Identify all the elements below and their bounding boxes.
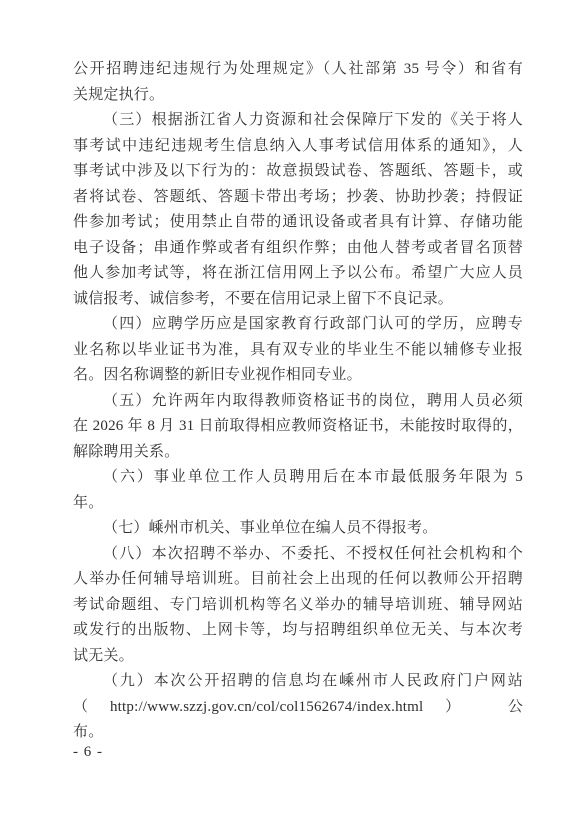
text-line: （七）嵊州市机关、事业单位在编人员不得报考。 [73, 516, 523, 542]
text-line: 电子设备；串通作弊或者有组织作弊；由他人替考或者冒名顶替 [73, 236, 523, 262]
text-line: 件参加考试；使用禁止自带的通讯设备或者具有计算、存储功能 [73, 210, 523, 236]
text-line: 业名称以毕业证书为准，具有双专业的毕业生不能以辅修专业报 [73, 338, 523, 364]
text-line: 试无关。 [73, 644, 523, 670]
text-line: （八）本次招聘不举办、不委托、不授权任何社会机构和个 [73, 542, 523, 568]
text-line: 名。因名称调整的新旧专业视作相同专业。 [73, 363, 523, 389]
text-line: （三）根据浙江省人力资源和社会保障厅下发的《关于将人 [73, 108, 523, 134]
text-line: 者将试卷、答题纸、答题卡带出考场；抄袭、协助抄袭；持假证 [73, 185, 523, 211]
text-line: 事考试中涉及以下行为的：故意损毁试卷、答题纸、答题卡，或 [73, 159, 523, 185]
text-line: 他人参加考试等，将在浙江信用网上予以公布。希望广大应人员 [73, 261, 523, 287]
text-line: 解除聘用关系。 [73, 440, 523, 466]
document-page: 公开招聘违纪违规行为处理规定》（人社部第 35 号令）和省有关规定执行。（三）根… [0, 0, 582, 823]
text-line: （五）允许两年内取得教师资格证书的岗位，聘用人员必须 [73, 389, 523, 415]
page-number: - 6 - [73, 742, 103, 762]
text-line: 事考试中违纪违规考生信息纳入人事考试信用体系的通知》，人 [73, 134, 523, 160]
text-line: 或发行的出版物、上网卡等，均与招聘组织单位无关、与本次考 [73, 618, 523, 644]
text-line: 考试命题组、专门培训机构等名义举办的辅导培训班、辅导网站 [73, 593, 523, 619]
text-line: 人举办任何辅导培训班。目前社会上出现的任何以教师公开招聘 [73, 567, 523, 593]
text-line: 布。 [73, 720, 523, 746]
text-line: （六）事业单位工作人员聘用后在本市最低服务年限为 5 [73, 465, 523, 491]
text-line: （http://www.szzj.gov.cn/col/col1562674/i… [73, 695, 523, 721]
document-body: 公开招聘违纪违规行为处理规定》（人社部第 35 号令）和省有关规定执行。（三）根… [73, 57, 523, 746]
text-line: 在 2026 年 8 月 31 日前取得相应教师资格证书，未能按时取得的， [73, 414, 523, 440]
text-line: （四）应聘学历应是国家教育行政部门认可的学历，应聘专 [73, 312, 523, 338]
text-line: 诚信报考、诚信参考，不要在信用记录上留下不良记录。 [73, 287, 523, 313]
text-line: 公开招聘违纪违规行为处理规定》（人社部第 35 号令）和省有 [73, 57, 523, 83]
text-line: （九）本次公开招聘的信息均在嵊州市人民政府门户网站 [73, 669, 523, 695]
text-line: 年。 [73, 491, 523, 517]
text-line: 关规定执行。 [73, 83, 523, 109]
